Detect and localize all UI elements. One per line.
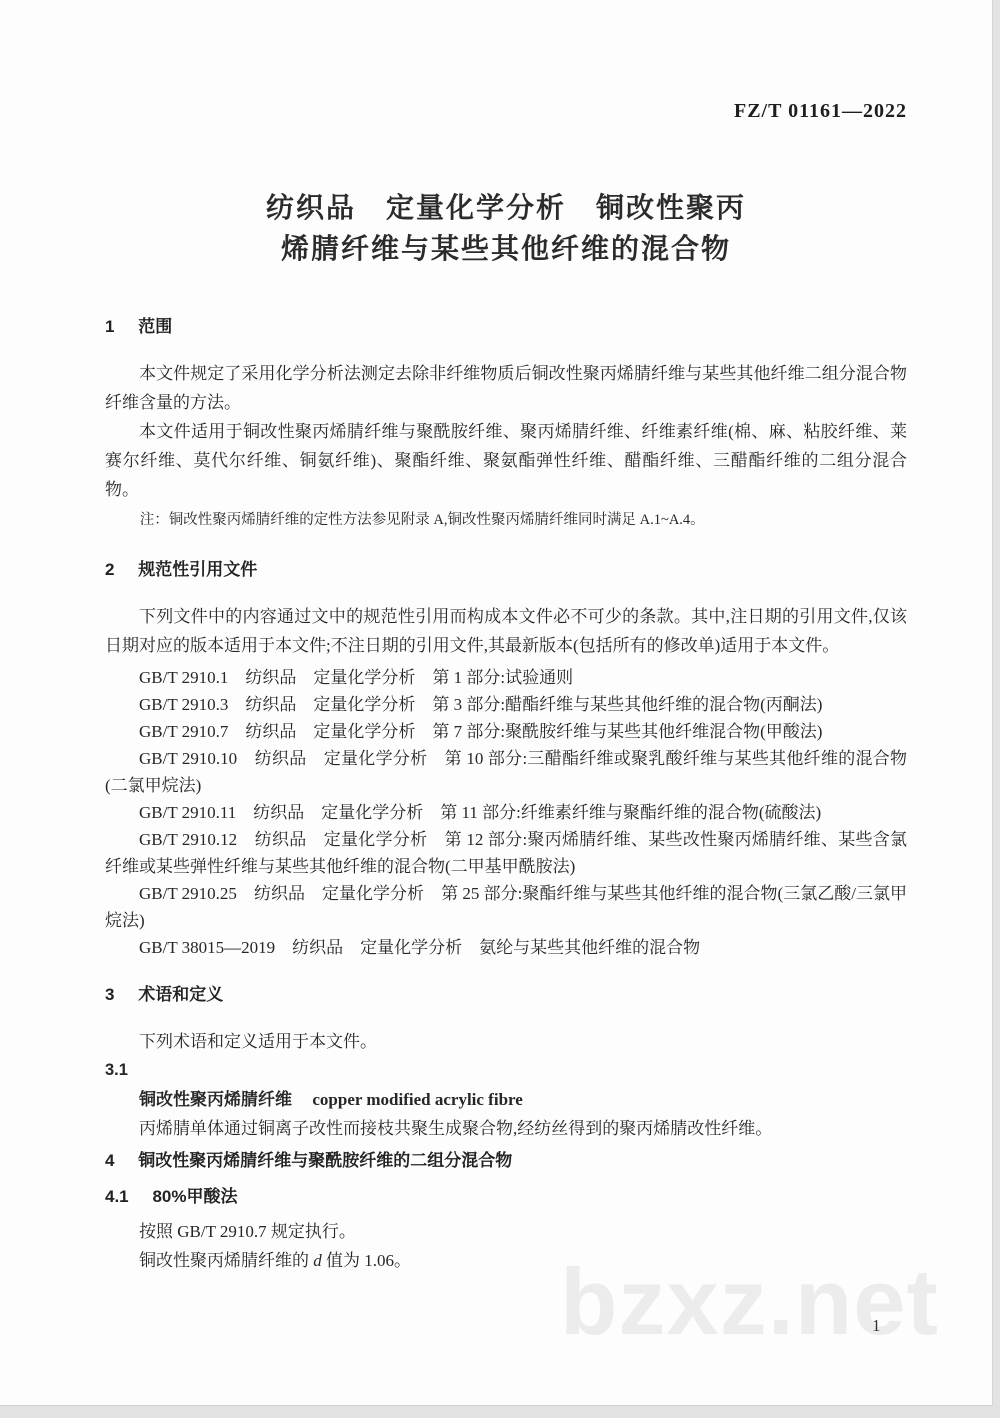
reference-item: GB/T 2910.3 纺织品 定量化学分析 第 3 部分:醋酯纤维与某些其他纤… — [105, 691, 907, 718]
section-4-1-number: 4.1 — [105, 1187, 129, 1206]
clause-3-1-number: 3.1 — [105, 1056, 907, 1085]
section-4-heading: 4铜改性聚丙烯腈纤维与聚酰胺纤维的二组分混合物 — [105, 1149, 907, 1173]
document-page: bzxz.net FZ/T 01161—2022 纺织品 定量化学分析 铜改性聚… — [0, 0, 993, 1406]
scope-paragraph-1: 本文件规定了采用化学分析法测定去除非纤维物质后铜改性聚丙烯腈纤维与某些其他纤维二… — [105, 359, 907, 417]
references-list: GB/T 2910.1 纺织品 定量化学分析 第 1 部分:试验通则 GB/T … — [105, 664, 907, 961]
reference-item: GB/T 38015—2019 纺织品 定量化学分析 氨纶与某些其他纤维的混合物 — [105, 934, 907, 961]
term-definition-heading: 铜改性聚丙烯腈纤维copper modified acrylic fibre — [105, 1085, 907, 1114]
section-3-number: 3 — [105, 985, 114, 1004]
reference-item: GB/T 2910.1 纺织品 定量化学分析 第 1 部分:试验通则 — [105, 664, 907, 691]
document-title-line1: 纺织品 定量化学分析 铜改性聚丙 — [105, 187, 907, 228]
term-definition-body: 丙烯腈单体通过铜离子改性而接枝共聚生成聚合物,经纺丝得到的聚丙烯腈改性纤维。 — [105, 1114, 907, 1143]
section-4-number: 4 — [105, 1151, 114, 1170]
references-intro: 下列文件中的内容通过文中的规范性引用而构成本文件必不可少的条款。其中,注日期的引… — [105, 602, 907, 660]
term-chinese: 铜改性聚丙烯腈纤维 — [139, 1090, 292, 1109]
section-4-1-title: 80%甲酸法 — [152, 1187, 237, 1206]
section-2-title: 规范性引用文件 — [138, 560, 257, 579]
d-variable: d — [313, 1251, 322, 1270]
section-1-heading: 1范围 — [105, 315, 907, 339]
scope-paragraph-2: 本文件适用于铜改性聚丙烯腈纤维与聚酰胺纤维、聚丙烯腈纤维、纤维素纤维(棉、麻、粘… — [105, 417, 907, 504]
document-title: 纺织品 定量化学分析 铜改性聚丙 烯腈纤维与某些其他纤维的混合物 — [105, 187, 907, 269]
section-4-1-paragraph-2: 铜改性聚丙烯腈纤维的 d 值为 1.06。 — [105, 1246, 907, 1275]
section-3-heading: 3术语和定义 — [105, 983, 907, 1007]
section-1-number: 1 — [105, 317, 114, 336]
reference-item: GB/T 2910.25 纺织品 定量化学分析 第 25 部分:聚酯纤维与某些其… — [105, 880, 907, 934]
term-english: copper modified acrylic fibre — [312, 1090, 522, 1109]
section-2-heading: 2规范性引用文件 — [105, 558, 907, 582]
page-number: 1 — [872, 1316, 881, 1336]
reference-item: GB/T 2910.10 纺织品 定量化学分析 第 10 部分:三醋酯纤维或聚乳… — [105, 745, 907, 799]
section-4-1-heading: 4.180%甲酸法 — [105, 1185, 907, 1209]
section-1-title: 范围 — [138, 317, 172, 336]
section-4-title: 铜改性聚丙烯腈纤维与聚酰胺纤维的二组分混合物 — [138, 1151, 512, 1170]
reference-item: GB/T 2910.12 纺织品 定量化学分析 第 12 部分:聚丙烯腈纤维、某… — [105, 826, 907, 880]
standard-code: FZ/T 01161—2022 — [105, 100, 907, 123]
page-content: FZ/T 01161—2022 纺织品 定量化学分析 铜改性聚丙 烯腈纤维与某些… — [105, 0, 907, 1275]
terms-intro: 下列术语和定义适用于本文件。 — [105, 1027, 907, 1056]
document-title-line2: 烯腈纤维与某些其他纤维的混合物 — [105, 228, 907, 269]
d-value-prefix: 铜改性聚丙烯腈纤维的 — [139, 1251, 313, 1270]
section-4-1-paragraph-1: 按照 GB/T 2910.7 规定执行。 — [105, 1217, 907, 1246]
section-2-number: 2 — [105, 560, 114, 579]
scope-note: 注：铜改性聚丙烯腈纤维的定性方法参见附录 A,铜改性聚丙烯腈纤维同时满足 A.1… — [105, 508, 907, 532]
reference-item: GB/T 2910.7 纺织品 定量化学分析 第 7 部分:聚酰胺纤维与某些其他… — [105, 718, 907, 745]
reference-item: GB/T 2910.11 纺织品 定量化学分析 第 11 部分:纤维素纤维与聚酯… — [105, 799, 907, 826]
section-3-title: 术语和定义 — [138, 985, 223, 1004]
d-value-suffix: 值为 1.06。 — [322, 1251, 411, 1270]
